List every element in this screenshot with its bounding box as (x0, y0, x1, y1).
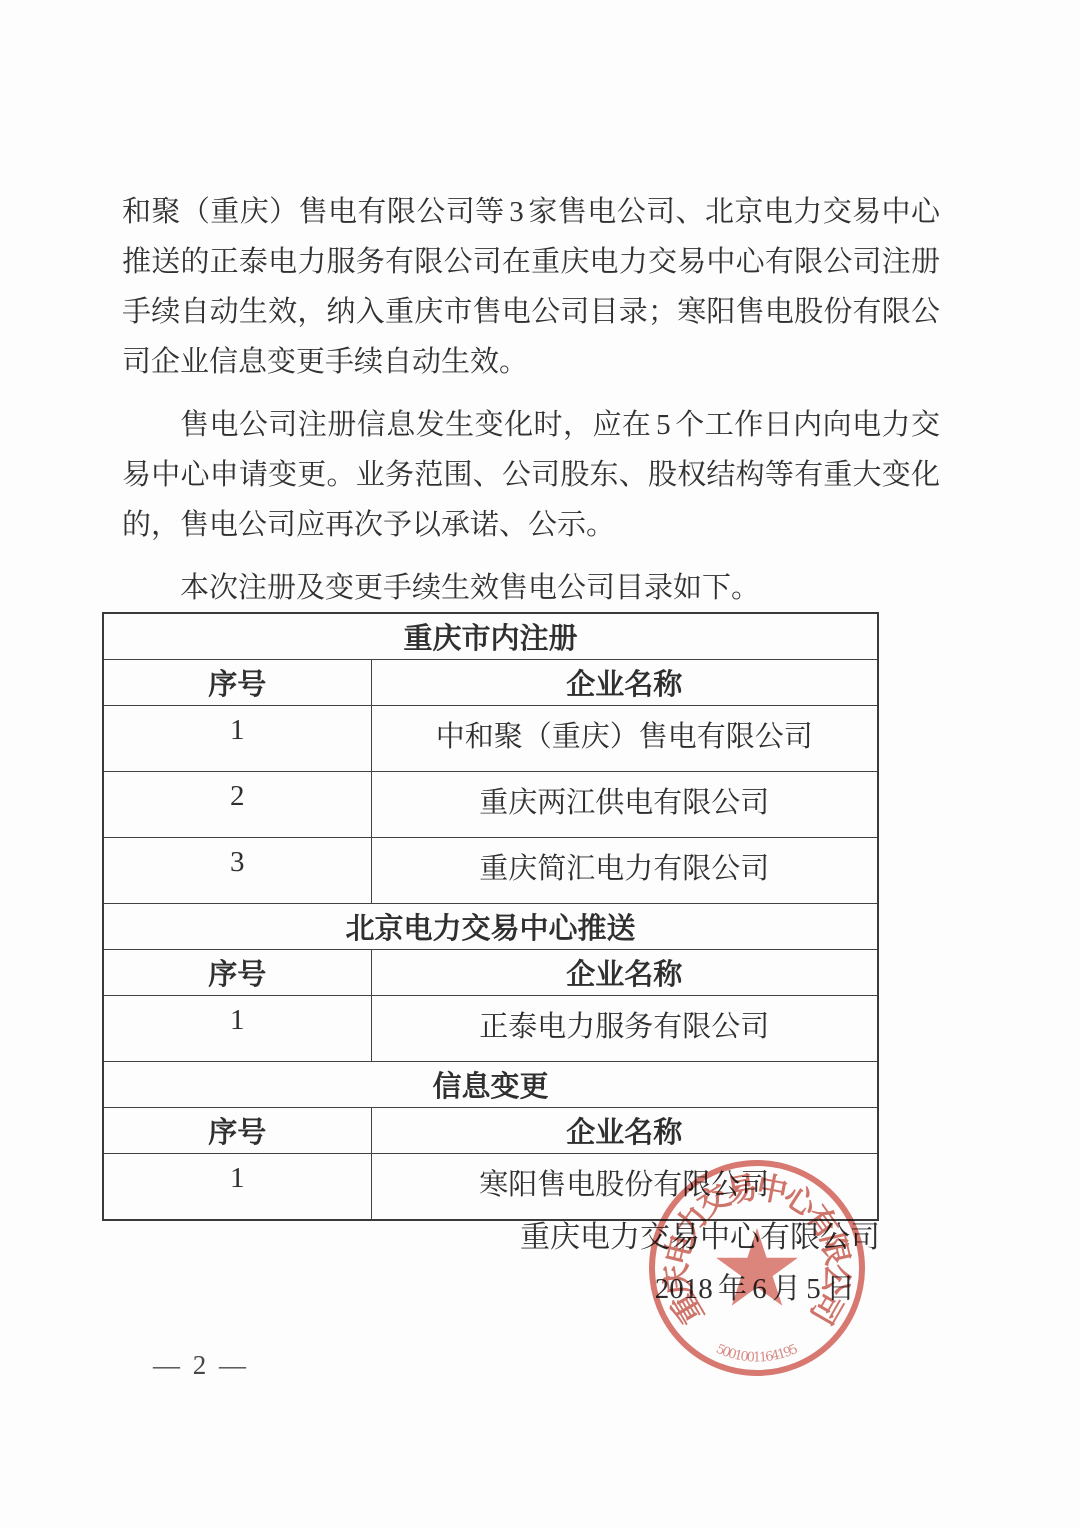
document-page: 和聚（重庆）售电有限公司等 3 家售电公司、北京电力交易中心推送的正泰电力服务有… (0, 0, 1080, 1528)
svg-text:9: 9 (781, 1344, 794, 1361)
section-title-row: 重庆市内注册 (103, 613, 878, 660)
table-row: 1 寒阳售电股份有限公司 (103, 1154, 878, 1221)
col-header-seq: 序号 (103, 1108, 371, 1154)
body-paragraphs: 和聚（重庆）售电有限公司等 3 家售电公司、北京电力交易中心推送的正泰电力服务有… (122, 187, 940, 626)
svg-text:0: 0 (746, 1350, 755, 1366)
svg-text:1: 1 (733, 1348, 744, 1364)
column-header-row: 序号 企业名称 (103, 950, 878, 996)
cell-company: 重庆简汇电力有限公司 (371, 838, 878, 904)
svg-text:4: 4 (770, 1348, 781, 1364)
cell-company: 中和聚（重庆）售电有限公司 (371, 706, 878, 772)
svg-text:0: 0 (726, 1346, 738, 1363)
cell-seq: 1 (103, 1154, 371, 1221)
seal-number: 5001001164195 (714, 1342, 801, 1366)
section-title-info-change: 信息变更 (103, 1062, 878, 1108)
cell-seq: 1 (103, 706, 371, 772)
svg-text:5: 5 (714, 1342, 728, 1359)
table-row: 1 中和聚（重庆）售电有限公司 (103, 706, 878, 772)
section-title-row: 北京电力交易中心推送 (103, 904, 878, 950)
cell-seq: 3 (103, 838, 371, 904)
svg-text:1: 1 (776, 1346, 788, 1363)
svg-text:5: 5 (787, 1342, 801, 1359)
cell-seq: 1 (103, 996, 371, 1062)
section-title-row: 信息变更 (103, 1062, 878, 1108)
paragraph-2: 售电公司注册信息发生变化时，应在 5 个工作日内向电力交易中心申请变更。业务范围… (122, 400, 940, 550)
signature-date: 2018 年 6 月 5 日 (400, 1266, 855, 1307)
table-row: 2 重庆两江供电有限公司 (103, 772, 878, 838)
svg-text:6: 6 (764, 1349, 774, 1365)
column-header-row: 序号 企业名称 (103, 660, 878, 706)
page-number: — 2 — (153, 1350, 249, 1381)
cell-company: 重庆两江供电有限公司 (371, 772, 878, 838)
col-header-company: 企业名称 (371, 950, 878, 996)
section-title-beijing: 北京电力交易中心推送 (103, 904, 878, 950)
section-title-chongqing: 重庆市内注册 (103, 613, 878, 660)
cell-company: 寒阳售电股份有限公司 (371, 1154, 878, 1221)
registration-table: 重庆市内注册 序号 企业名称 1 中和聚（重庆）售电有限公司 2 重庆两江供电有… (102, 612, 879, 1221)
col-header-seq: 序号 (103, 950, 371, 996)
svg-text:0: 0 (720, 1344, 733, 1361)
table-row: 1 正泰电力服务有限公司 (103, 996, 878, 1062)
cell-company: 正泰电力服务有限公司 (371, 996, 878, 1062)
svg-text:1: 1 (759, 1350, 768, 1366)
col-header-seq: 序号 (103, 660, 371, 706)
paragraph-1: 和聚（重庆）售电有限公司等 3 家售电公司、北京电力交易中心推送的正泰电力服务有… (122, 187, 940, 387)
signature-company: 重庆电力交易中心有限公司 (400, 1212, 880, 1256)
col-header-company: 企业名称 (371, 660, 878, 706)
column-header-row: 序号 企业名称 (103, 1108, 878, 1154)
cell-seq: 2 (103, 772, 371, 838)
table-row: 3 重庆简汇电力有限公司 (103, 838, 878, 904)
svg-text:0: 0 (739, 1349, 749, 1365)
svg-text:1: 1 (753, 1351, 761, 1366)
col-header-company: 企业名称 (371, 1108, 878, 1154)
paragraph-3: 本次注册及变更手续生效售电公司目录如下。 (122, 563, 940, 613)
